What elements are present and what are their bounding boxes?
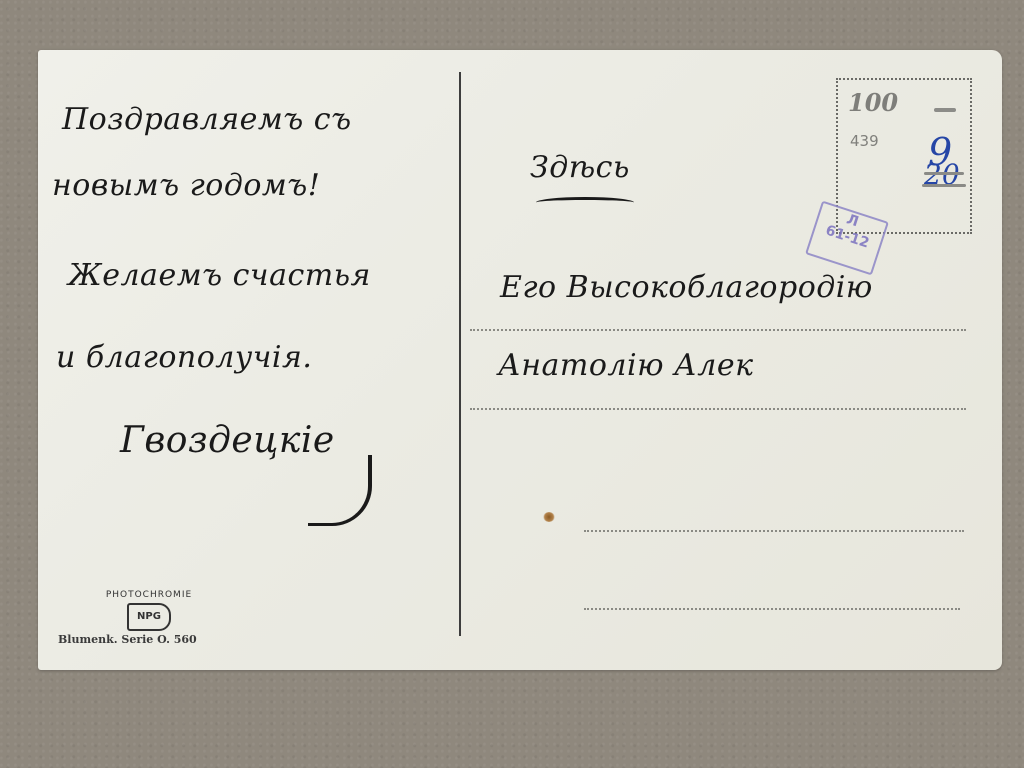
publisher-series: Blumenk. Serie O. 560: [58, 633, 228, 646]
message-line-1: Поздравляемъ съ: [62, 102, 352, 137]
center-divider-line: [459, 72, 461, 636]
strike-through-mark: [922, 184, 966, 187]
city-underline: [536, 197, 634, 208]
pencil-price-mark: [934, 108, 956, 112]
address-line-2: Анатолію Алек: [498, 348, 754, 383]
message-line-4: и благополучія.: [56, 340, 312, 375]
address-dotted-line-2: [470, 408, 966, 410]
signature: Гвоздецкіе: [120, 420, 335, 461]
foxing-stain: [543, 512, 555, 522]
signature-flourish: [308, 455, 372, 526]
publisher-title: PHOTOCHROMIE: [70, 590, 228, 600]
postcard: Поздравляемъ съ новымъ годомъ! Желаемъ с…: [38, 50, 1002, 670]
address-city: Здѣсь: [530, 150, 630, 185]
message-line-3: Желаемъ счастья: [68, 258, 371, 293]
address-line-1: Его Высокоблагородію: [500, 270, 873, 305]
pencil-number: 439: [850, 132, 879, 150]
pencil-price: 100: [848, 88, 898, 117]
publisher-imprint: PHOTOCHROMIE NPG Blumenk. Serie O. 560: [58, 590, 228, 646]
address-dotted-line-3: [584, 530, 964, 532]
message-line-2: новымъ годомъ!: [52, 168, 320, 203]
strike-through-mark: [924, 172, 964, 175]
address-dotted-line-4: [584, 608, 960, 610]
publisher-logo-icon: NPG: [127, 603, 171, 631]
address-dotted-line-1: [470, 329, 966, 331]
